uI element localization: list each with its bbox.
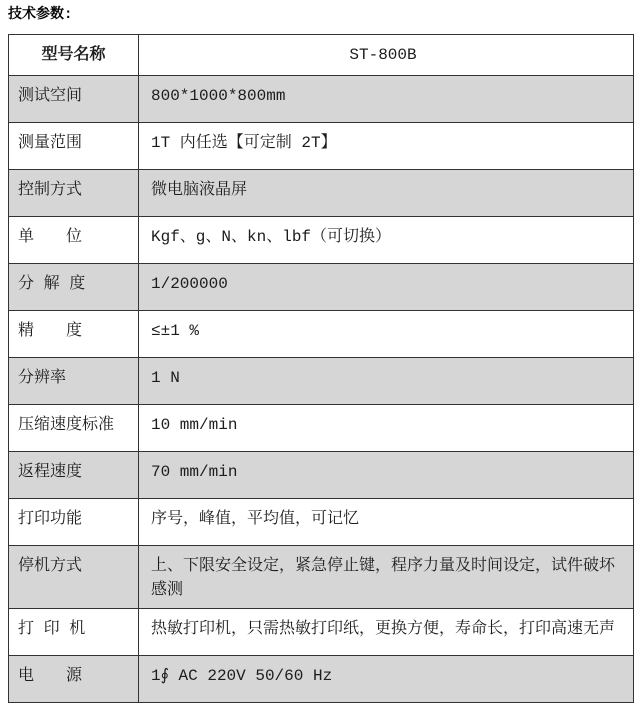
- spec-row-value: 10 mm/min: [139, 405, 634, 452]
- spec-row: 打 印 机 热敏打印机，只需热敏打印纸，更换方便，寿命长，打印高速无声: [9, 609, 634, 656]
- model-name-label: 型号名称: [9, 35, 139, 76]
- spec-row: 分 解 度 1/200000: [9, 264, 634, 311]
- spec-row-value: Kgf、g、N、kn、lbf（可切换）: [139, 217, 634, 264]
- spec-row-label: 分辨率: [9, 358, 139, 405]
- spec-row: 返程速度 70 mm/min: [9, 452, 634, 499]
- spec-row: 停机方式 上、下限安全设定，紧急停止键，程序力量及时间设定，试件破坏感测: [9, 546, 634, 609]
- spec-row-label: 测试空间: [9, 76, 139, 123]
- spec-row: 测试空间 800*1000*800mm: [9, 76, 634, 123]
- spec-row-label: 打 印 机: [9, 609, 139, 656]
- spec-row: 分辨率 1 N: [9, 358, 634, 405]
- spec-row-label: 测量范围: [9, 123, 139, 170]
- spec-row: 单 位 Kgf、g、N、kn、lbf（可切换）: [9, 217, 634, 264]
- spec-row-value: 1 N: [139, 358, 634, 405]
- spec-row-label: 停机方式: [9, 546, 139, 609]
- spec-row: 电 源 1∮ AC 220V 50/60 Hz: [9, 656, 634, 703]
- spec-row-value: 热敏打印机，只需热敏打印纸，更换方便，寿命长，打印高速无声: [139, 609, 634, 656]
- spec-row: 压缩速度标准 10 mm/min: [9, 405, 634, 452]
- spec-row-label: 精 度: [9, 311, 139, 358]
- spec-row: 控制方式 微电脑液晶屏: [9, 170, 634, 217]
- spec-row-label: 单 位: [9, 217, 139, 264]
- spec-row-value: 70 mm/min: [139, 452, 634, 499]
- spec-page: 技术参数: 型号名称 ST-800B 测试空间 800*1000*800mm 测…: [0, 0, 640, 703]
- spec-row-value: 800*1000*800mm: [139, 76, 634, 123]
- spec-row-value: 序号，峰值，平均值，可记忆: [139, 499, 634, 546]
- spec-row-label: 压缩速度标准: [9, 405, 139, 452]
- spec-row-value: 1∮ AC 220V 50/60 Hz: [139, 656, 634, 703]
- spec-row-value: 微电脑液晶屏: [139, 170, 634, 217]
- spec-row-value: 1T 内任选【可定制 2T】: [139, 123, 634, 170]
- spec-row-value: ≤±1 %: [139, 311, 634, 358]
- page-title: 技术参数:: [8, 5, 634, 25]
- spec-row-value: 上、下限安全设定，紧急停止键，程序力量及时间设定，试件破坏感测: [139, 546, 634, 609]
- spec-header-row: 型号名称 ST-800B: [9, 35, 634, 76]
- spec-row: 精 度 ≤±1 %: [9, 311, 634, 358]
- spec-row: 测量范围 1T 内任选【可定制 2T】: [9, 123, 634, 170]
- spec-table: 型号名称 ST-800B 测试空间 800*1000*800mm 测量范围 1T…: [8, 34, 634, 703]
- spec-row: 打印功能 序号，峰值，平均值，可记忆: [9, 499, 634, 546]
- spec-row-value: 1/200000: [139, 264, 634, 311]
- spec-row-label: 分 解 度: [9, 264, 139, 311]
- model-name-value: ST-800B: [139, 35, 634, 76]
- spec-row-label: 控制方式: [9, 170, 139, 217]
- spec-row-label: 电 源: [9, 656, 139, 703]
- spec-row-label: 打印功能: [9, 499, 139, 546]
- spec-row-label: 返程速度: [9, 452, 139, 499]
